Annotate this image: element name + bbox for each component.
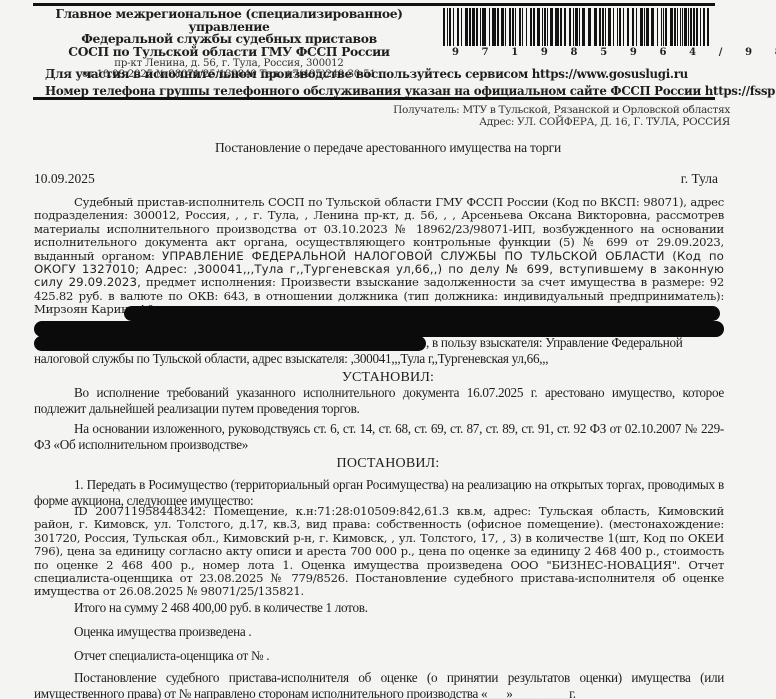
total-line: Итого на сумму 2 468 400,00 руб. в колич…: [74, 600, 368, 616]
recipient-block: Получатель: МТУ в Тульской, Рязанской и …: [393, 104, 730, 128]
phone-notice: Номер телефона группы телефонного обслуж…: [45, 84, 776, 98]
document-city: г. Тула: [681, 171, 718, 187]
creditor-text: , в пользу взыскателя: Управление Федера…: [426, 335, 724, 351]
redaction-bar: [124, 306, 720, 321]
established-heading: УСТАНОВИЛ:: [0, 370, 776, 386]
org-line: СОСП по Тульской области ГМУ ФССП России: [40, 46, 418, 59]
established-text: Во исполнение требований указанного испо…: [34, 385, 724, 416]
sent-paragraph: Постановление судебного пристава-исполни…: [34, 670, 724, 699]
report-line: Отчет специалиста-оценщика от № .: [74, 648, 269, 664]
recipient-address: Адрес: УЛ. СОЙФЕРА, Д. 16, Г. ТУЛА, РОСС…: [393, 116, 730, 128]
recipient-name: Получатель: МТУ в Тульской, Рязанской и …: [393, 104, 730, 116]
barcode: [443, 8, 713, 46]
document-page: Главное межрегиональное (специализирован…: [0, 0, 776, 699]
resolved-heading: ПОСТАНОВИЛ:: [0, 456, 776, 472]
redaction-bar: [34, 336, 426, 351]
document-date: 10.09.2025: [34, 171, 95, 187]
org-line: Главное межрегиональное (специализирован…: [40, 8, 418, 33]
intro-paragraph: Судебный пристав-исполнитель СОСП по Тул…: [34, 196, 724, 317]
basis-text: На основании изложенного, руководствуясь…: [34, 421, 724, 452]
established-paragraph: Во исполнение требований указанного испо…: [34, 385, 724, 417]
document-title: Постановление о передаче арестованного и…: [0, 140, 776, 156]
sent-text: Постановление судебного пристава-исполни…: [34, 670, 724, 699]
basis-paragraph: На основании изложенного, руководствуясь…: [34, 421, 724, 453]
barcode-number: 9 7 1 9 8 5 9 6 4 / 9 8 7 1 - 1: [452, 47, 714, 58]
valuation-line: Оценка имущества произведена .: [74, 624, 251, 640]
header-bottom-rule: [33, 97, 715, 100]
property-paragraph: ID 200711958448342: Помещение, к.н:71:28…: [34, 505, 724, 599]
property-text: ID 200711958448342: Помещение, к.н:71:28…: [34, 504, 724, 598]
gosuslugi-notice: Для участия в исполнительном производств…: [45, 67, 688, 81]
creditor-text-line2: налоговой службы по Тульской области, ад…: [34, 351, 724, 367]
